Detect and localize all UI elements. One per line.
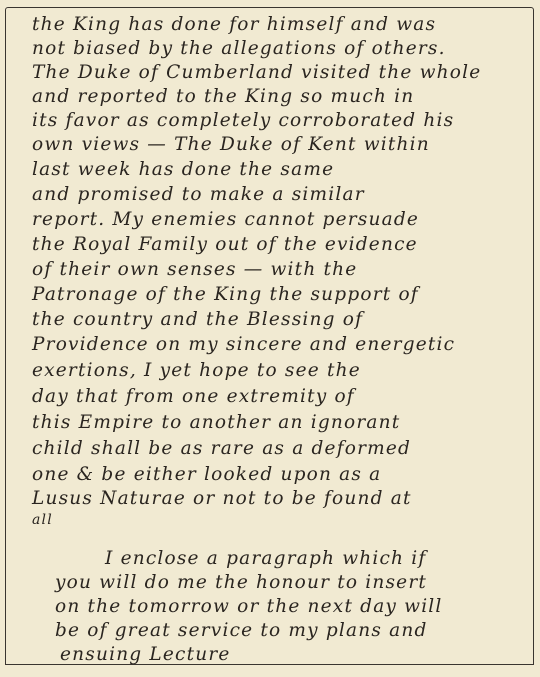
- letter-line: one & be either looked upon as a: [32, 464, 381, 485]
- letter-line: all: [32, 512, 53, 528]
- letter-line: child shall be as rare as a deformed: [32, 438, 411, 459]
- letter-line: its favor as completely corroborated his: [32, 110, 454, 131]
- letter-line: of their own senses — with the: [32, 259, 357, 280]
- letter-line: Patronage of the King the support of: [32, 284, 419, 305]
- letter-line: and reported to the King so much in: [32, 86, 414, 107]
- letter-line: the King has done for himself and was: [32, 14, 436, 35]
- letter-line: exertions, I yet hope to see the: [32, 360, 361, 381]
- letter-line: last week has done the same: [32, 159, 334, 180]
- letter-line: you will do me the honour to insert: [55, 572, 427, 593]
- letter-line: day that from one extremity of: [32, 386, 355, 407]
- letter-line: I enclose a paragraph which if: [105, 548, 426, 569]
- letter-line: report. My enemies cannot persuade: [32, 209, 419, 230]
- letter-line: Providence on my sincere and energetic: [32, 334, 455, 355]
- letter-line: own views — The Duke of Kent within: [32, 134, 430, 155]
- letter-line: and promised to make a similar: [32, 184, 365, 205]
- letter-line: this Empire to another an ignorant: [32, 412, 400, 433]
- letter-line: the Royal Family out of the evidence: [32, 234, 418, 255]
- letter-line: The Duke of Cumberland visited the whole: [32, 62, 481, 83]
- letter-line: ensuing Lecture: [60, 644, 231, 665]
- letter-line: on the tomorrow or the next day will: [55, 596, 443, 617]
- letter-line: the country and the Blessing of: [32, 309, 363, 330]
- letter-line: not biased by the allegations of others.: [32, 38, 446, 59]
- letter-page: the King has done for himself and was no…: [0, 0, 540, 677]
- letter-line: be of great service to my plans and: [55, 620, 428, 641]
- letter-line: Lusus Naturae or not to be found at: [32, 488, 412, 509]
